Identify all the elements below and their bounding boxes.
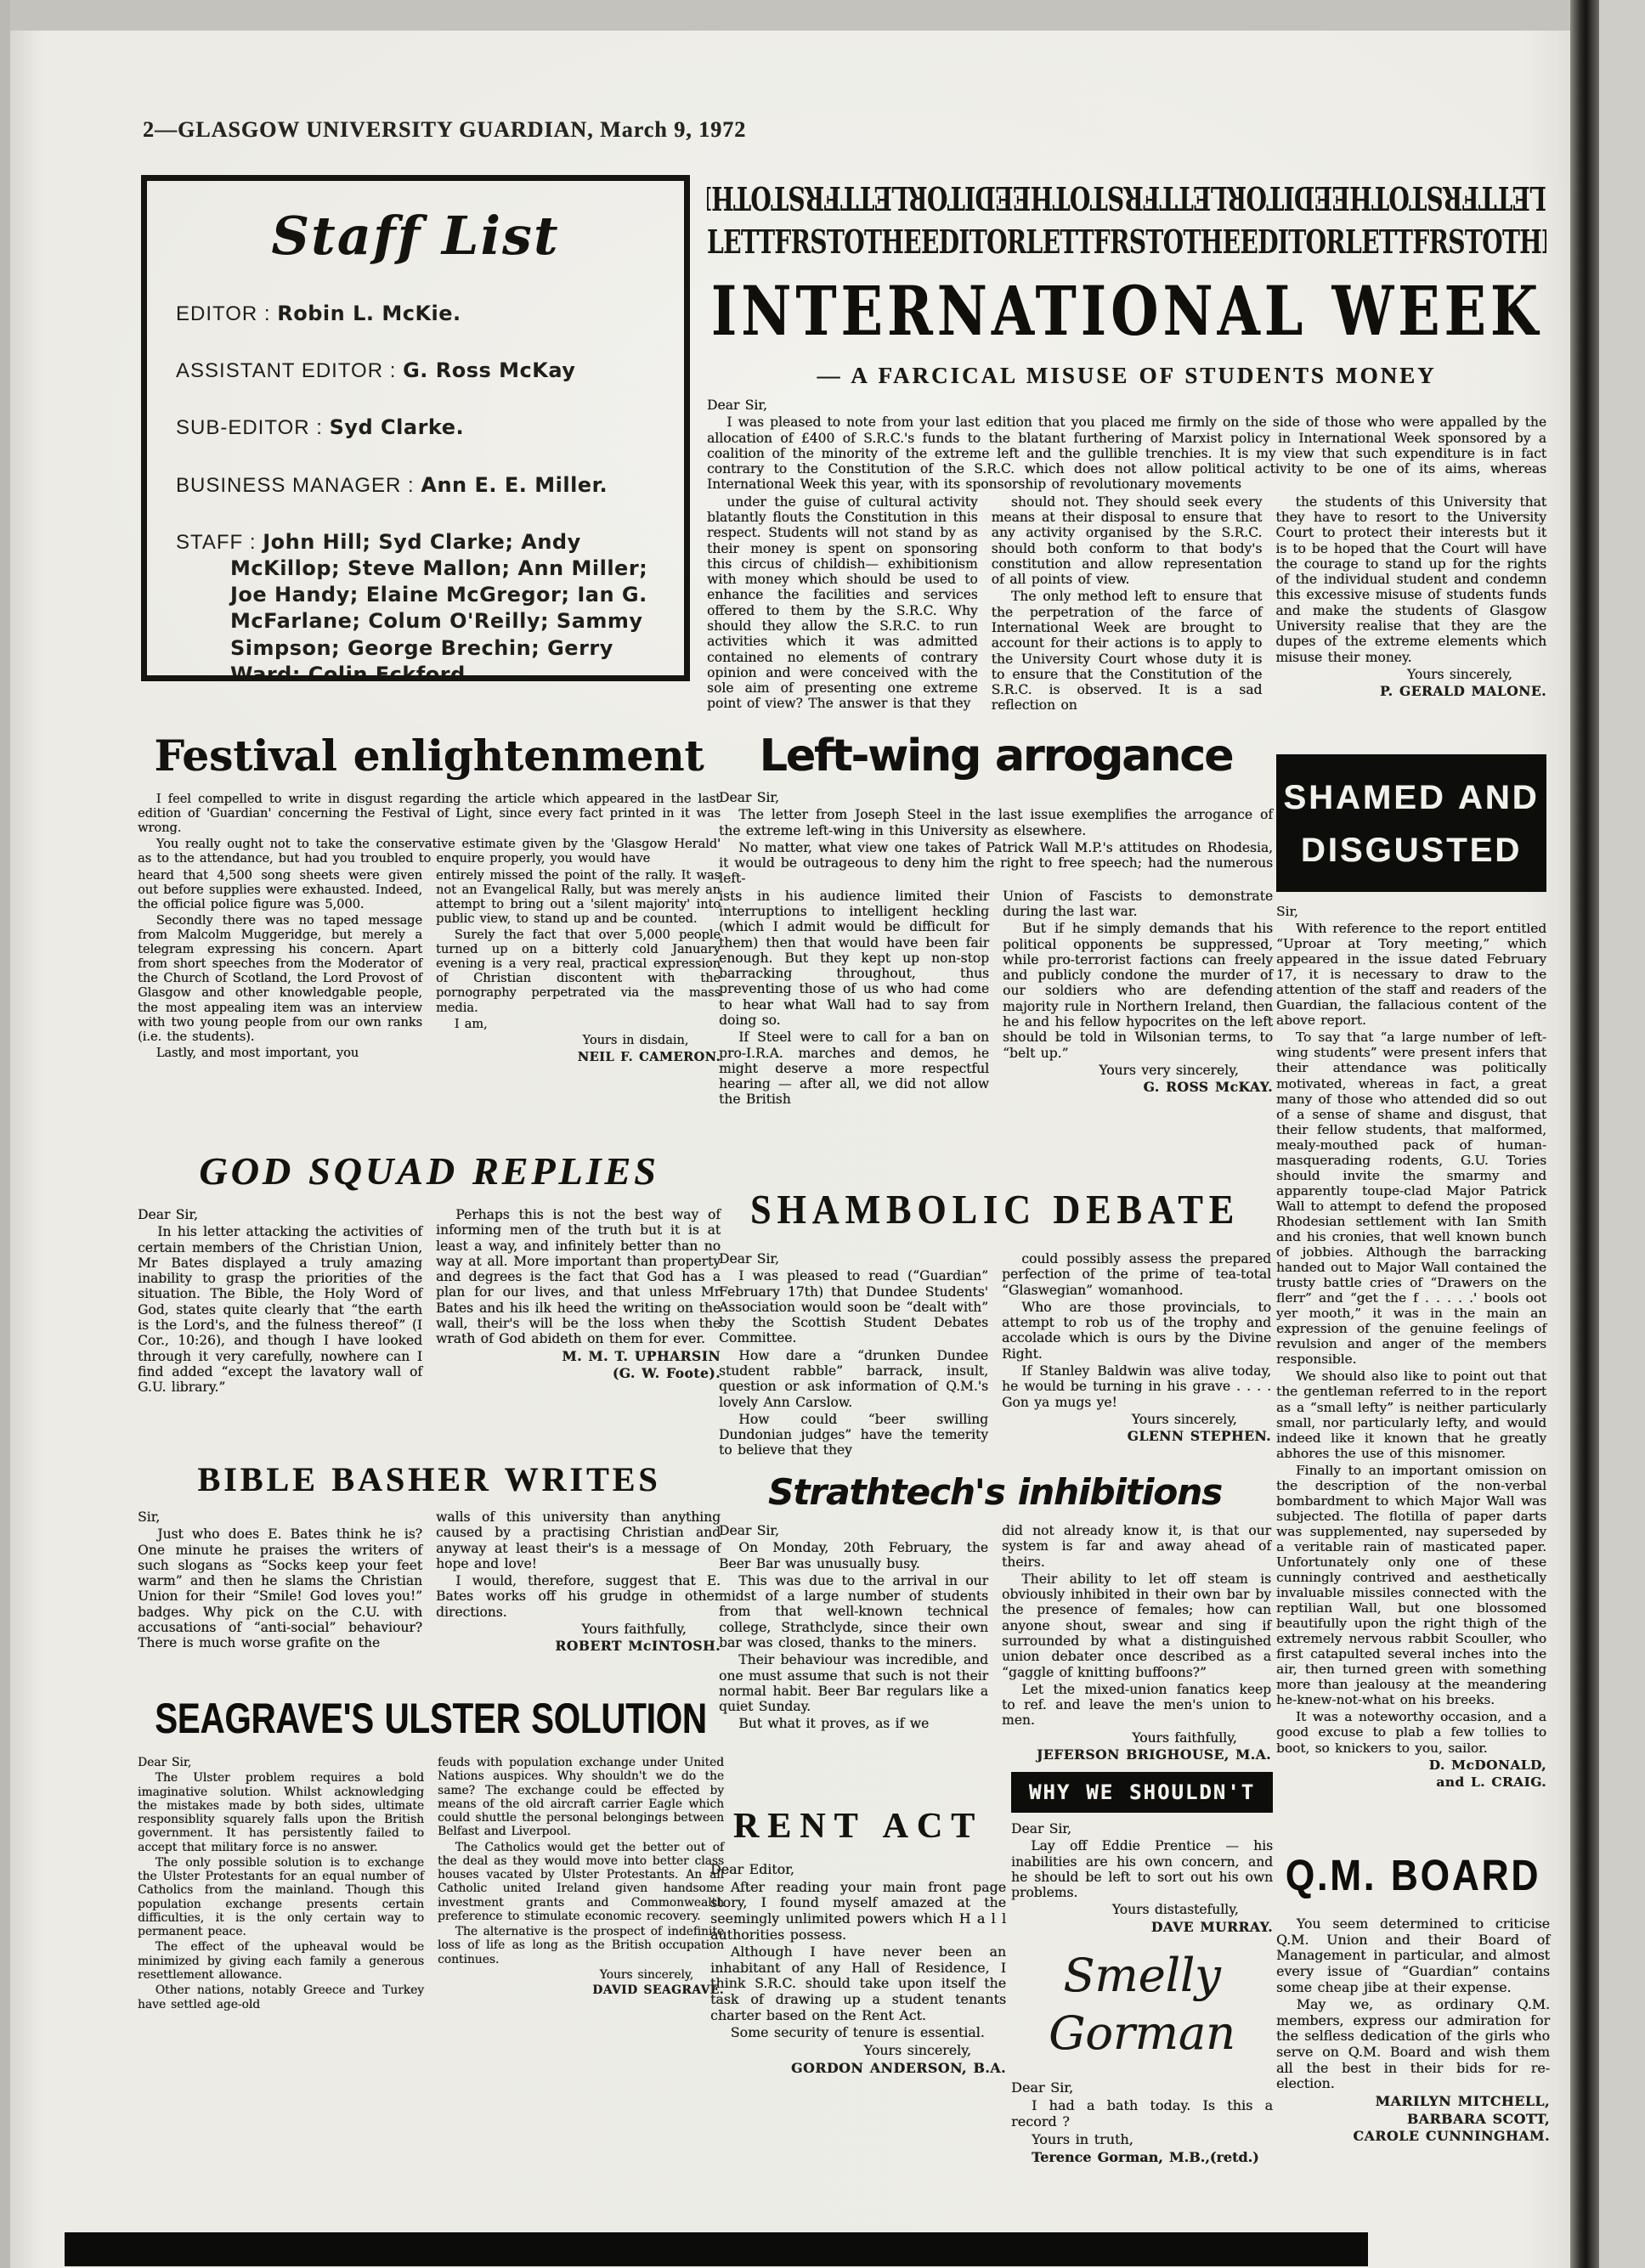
signature: DAVE MURRAY. bbox=[1011, 1920, 1273, 1935]
headline-line: SHAMED AND bbox=[1281, 771, 1541, 824]
letter-paragraph: After reading your main front page story… bbox=[710, 1880, 1006, 1944]
letter-paragraph: Who are those provincials, to attempt to… bbox=[1002, 1300, 1271, 1362]
staff-list-box: Staff List EDITOR : Robin L. McKie. ASSI… bbox=[141, 175, 690, 681]
valediction: Yours faithfully, bbox=[436, 1622, 721, 1637]
signature: GORDON ANDERSON, B.A. bbox=[710, 2061, 1006, 2077]
valediction: Yours sincerely, bbox=[438, 1968, 724, 1982]
letter-paragraph: We should also like to point out that th… bbox=[1276, 1368, 1546, 1460]
staff-list-title: Staff List bbox=[176, 205, 655, 267]
letter-column: under the guise of cultural activity bla… bbox=[707, 494, 978, 715]
letter-paragraph: To say that “a large number of left-wing… bbox=[1276, 1030, 1546, 1367]
staff-role: BUSINESS MANAGER : bbox=[176, 474, 421, 497]
headline-line: Gorman bbox=[1011, 2005, 1273, 2062]
staff-names: Robin L. McKie. bbox=[277, 302, 461, 325]
letter-paragraph: With reference to the report entitled “U… bbox=[1276, 921, 1546, 1028]
letter-paragraph: On Monday, 20th February, the Beer Bar w… bbox=[719, 1540, 988, 1571]
letter-bible-basher-writes: BIBLE BASHER WRITES Sir, Just who does E… bbox=[138, 1459, 721, 1656]
shambolic-debate-headline: SHAMBOLIC DEBATE bbox=[719, 1186, 1271, 1233]
letter-paragraph: Although I have never been an inhabitant… bbox=[710, 1944, 1006, 2023]
letter-paragraph: under the guise of cultural activity bla… bbox=[707, 494, 978, 712]
letter-paragraph: This was due to the arrival in our midst… bbox=[719, 1573, 988, 1650]
salutation: Dear Editor, bbox=[710, 1862, 1006, 1878]
signature: CAROLE CUNNINGHAM. bbox=[1276, 2129, 1550, 2145]
letter-column: Dear Sir, On Monday, 20th February, the … bbox=[719, 1523, 988, 1764]
smelly-gorman-headline: Smelly Gorman bbox=[1011, 1947, 1273, 2062]
letters-banner-text: LETTFRSTOTHEEDITORLETTFRSTOTHEEDITORLETT… bbox=[707, 221, 1546, 263]
signature: BARBARA SCOTT, bbox=[1276, 2112, 1550, 2128]
bible-basher-writes-headline: BIBLE BASHER WRITES bbox=[138, 1459, 721, 1499]
letter-column: Perhaps this is not the best way of info… bbox=[436, 1207, 721, 1396]
letter-paragraph: entirely missed the point of the rally. … bbox=[436, 869, 721, 927]
letter-paragraph: But what it proves, as if we bbox=[719, 1716, 988, 1731]
scan-edge-top bbox=[0, 0, 1645, 31]
letter-paragraph: Lay off Eddie Prentice — his inabilities… bbox=[1011, 1838, 1273, 1900]
god-squad-replies-headline: GOD SQUAD REPLIES bbox=[138, 1148, 721, 1193]
letter-column: ists in his audience limited their inter… bbox=[719, 889, 989, 1109]
letter-paragraph: How could “beer swilling Dundonian judge… bbox=[719, 1412, 988, 1458]
signature: ROBERT McINTOSH. bbox=[436, 1639, 721, 1654]
letter-paragraph: The letter from Joseph Steel in the last… bbox=[719, 807, 1273, 838]
letter-paragraph: The effect of the upheaval would be mini… bbox=[138, 1940, 424, 1982]
newspaper-page-scan: { "colors": {"paper":"#ecebe5","ink":"#2… bbox=[0, 0, 1645, 2268]
signature: G. ROSS McKAY. bbox=[1003, 1080, 1273, 1095]
valediction: Yours sincerely, bbox=[1002, 1412, 1271, 1427]
strathtechs-inhibitions-headline: Strathtech's inhibitions bbox=[719, 1471, 1271, 1513]
letter-paragraph: Some security of tenure is essential. bbox=[710, 2025, 1006, 2041]
letter-festival-enlightenment: Festival enlightenment I feel compelled … bbox=[138, 731, 721, 1066]
letter-paragraph: You seem determined to criticise Q.M. Un… bbox=[1276, 1916, 1550, 1995]
letter-column: should not. They should seek every means… bbox=[992, 494, 1263, 715]
letter-paragraph: Lastly, and most important, you bbox=[138, 1047, 422, 1061]
letter-paragraph: should not. They should seek every means… bbox=[992, 494, 1263, 588]
valediction: Yours in disdain, bbox=[436, 1034, 721, 1048]
letter-paragraph: ists in his audience limited their inter… bbox=[719, 889, 989, 1029]
letter-shambolic-debate: SHAMBOLIC DEBATE Dear Sir, I was pleased… bbox=[719, 1186, 1271, 1460]
salutation: Dear Sir, bbox=[1011, 2080, 1273, 2096]
letter-paragraph: But if he simply demands that his politi… bbox=[1003, 921, 1273, 1061]
letter-paragraph: Let the mixed-union fanatics keep to ref… bbox=[1002, 1682, 1271, 1729]
salutation: Dear Sir, bbox=[719, 1523, 988, 1538]
signature: Terence Gorman, M.B.,(retd.) bbox=[1011, 2150, 1273, 2166]
letter-column: Sir, Just who does E. Bates think he is?… bbox=[138, 1509, 422, 1656]
letter-column: heard that 4,500 song sheets were given … bbox=[138, 869, 422, 1066]
staff-row-editor: EDITOR : Robin L. McKie. bbox=[176, 301, 655, 327]
salutation: Dear Sir, bbox=[138, 1207, 422, 1222]
letter-paragraph: It was a noteworthy occasion, and a good… bbox=[1276, 1709, 1546, 1755]
letter-paragraph: the students of this University that the… bbox=[1275, 494, 1546, 665]
letter-column: Dear Sir, I was pleased to read (“Guardi… bbox=[719, 1251, 988, 1460]
staff-row-business-manager: BUSINESS MANAGER : Ann E. E. Miller. bbox=[176, 472, 655, 499]
letter-paragraph: I would, therefore, suggest that E. Bate… bbox=[436, 1573, 721, 1620]
qm-board-headline: Q.M. BOARD bbox=[1276, 1852, 1550, 1901]
letter-paragraph: You really ought not to take the conserv… bbox=[138, 838, 721, 866]
letter-paragraph: could possibly assess the prepared perfe… bbox=[1002, 1251, 1271, 1298]
letter-seagraves-ulster-solution: SEAGRAVE'S ULSTER SOLUTION Dear Sir, The… bbox=[138, 1695, 724, 2013]
letter-paragraph: I had a bath today. Is this a record ? bbox=[1011, 2098, 1273, 2130]
signature: MARILYN MITCHELL, bbox=[1276, 2094, 1550, 2110]
festival-enlightenment-headline: Festival enlightenment bbox=[138, 731, 721, 781]
scan-fold-shadow bbox=[1570, 0, 1599, 2268]
staff-role: STAFF : bbox=[176, 531, 263, 554]
letter-column: the students of this University that the… bbox=[1275, 494, 1546, 715]
headline-line: Smelly bbox=[1011, 1947, 1273, 2005]
signature: M. M. T. UPHARSIN bbox=[436, 1349, 721, 1364]
valediction: Yours very sincerely, bbox=[1003, 1063, 1273, 1078]
staff-names: Syd Clarke. bbox=[330, 415, 465, 439]
staff-names: John Hill; Syd Clarke; Andy McKillop; St… bbox=[230, 530, 647, 681]
valediction: Yours sincerely, bbox=[1275, 667, 1546, 682]
valediction: Yours faithfully, bbox=[1002, 1730, 1271, 1746]
letters-banner: LETTFRSTOTHEEDITORLETTFRSTOTHEEDITORLETT… bbox=[707, 175, 1546, 270]
salutation: Dear Sir, bbox=[138, 1756, 424, 1769]
rent-act-headline: RENT ACT bbox=[710, 1806, 1006, 1847]
letter-left-wing-arrogance: Left-wing arrogance Dear Sir, The letter… bbox=[719, 731, 1273, 1109]
letter-paragraph: The alternative is the prospect of indef… bbox=[438, 1925, 724, 1966]
salutation: Dear Sir, bbox=[719, 790, 1273, 805]
signature: NEIL F. CAMERON. bbox=[436, 1050, 721, 1064]
page-header: 2—GLASGOW UNIVERSITY GUARDIAN, March 9, … bbox=[143, 117, 907, 143]
signature: (G. W. Foote). bbox=[436, 1366, 721, 1381]
letter-paragraph: feuds with population exchange under Uni… bbox=[438, 1756, 724, 1839]
salutation: Dear Sir, bbox=[719, 1251, 988, 1267]
letter-paragraph: Secondly there was no taped message from… bbox=[138, 914, 422, 1045]
letter-column: Dear Sir, The Ulster problem requires a … bbox=[138, 1756, 424, 2013]
letter-qm-board: Q.M. BOARD You seem determined to critic… bbox=[1276, 1852, 1550, 2147]
signature: DAVID SEAGRAVE. bbox=[438, 1983, 724, 1997]
salutation: Sir, bbox=[1276, 904, 1546, 919]
valediction: Yours in truth, bbox=[1011, 2132, 1273, 2148]
letter-column: could possibly assess the prepared perfe… bbox=[1002, 1251, 1271, 1460]
salutation: Dear Sir, bbox=[1011, 1821, 1273, 1836]
letter-paragraph: The only possible solution is to exchang… bbox=[138, 1856, 424, 1939]
salutation: Sir, bbox=[138, 1509, 422, 1525]
letter-paragraph: The Ulster problem requires a bold imagi… bbox=[138, 1771, 424, 1854]
letter-column: Dear Sir, In his letter attacking the ac… bbox=[138, 1207, 422, 1396]
letter-column: feuds with population exchange under Uni… bbox=[438, 1756, 724, 2013]
letter-paragraph: I am, bbox=[436, 1018, 721, 1032]
staff-row-sub-editor: SUB-EDITOR : Syd Clarke. bbox=[176, 415, 655, 441]
letter-why-we-shouldnt: WHY WE SHOULDN'T Dear Sir, Lay off Eddie… bbox=[1011, 1772, 1273, 1937]
letter-paragraph: I was pleased to read (“Guardian” Februa… bbox=[719, 1268, 988, 1346]
letter-paragraph: How dare a “drunken Dundee student rabbl… bbox=[719, 1348, 988, 1410]
signature: GLENN STEPHEN. bbox=[1002, 1429, 1271, 1444]
letter-paragraph: In his letter attacking the activities o… bbox=[138, 1224, 422, 1395]
letter-column: entirely missed the point of the rally. … bbox=[436, 869, 721, 1066]
letter-paragraph: Finally to an important omission on the … bbox=[1276, 1463, 1546, 1708]
letter-smelly-gorman: Smelly Gorman Dear Sir, I had a bath tod… bbox=[1011, 1947, 1273, 2167]
letter-paragraph: Their ability to let off steam is obviou… bbox=[1002, 1571, 1271, 1680]
letters-banner-text-flipped: LETTFRSTOTHEEDITORLETTFRSTOTHEEDITORLETT… bbox=[708, 177, 1546, 219]
letter-column: walls of this university than anything c… bbox=[436, 1509, 721, 1656]
signature: D. McDONALD, bbox=[1276, 1757, 1546, 1773]
staff-names: G. Ross McKay bbox=[403, 358, 575, 382]
letter-paragraph: did not already know it, is that our sys… bbox=[1002, 1523, 1271, 1570]
letter-paragraph: Their behaviour was incredible, and one … bbox=[719, 1652, 988, 1714]
why-we-shouldnt-headline: WHY WE SHOULDN'T bbox=[1011, 1772, 1273, 1813]
letter-column: did not already know it, is that our sys… bbox=[1002, 1523, 1271, 1764]
letter-paragraph: walls of this university than anything c… bbox=[436, 1509, 721, 1571]
scan-edge-left bbox=[0, 0, 10, 2268]
shamed-and-disgusted-headline: SHAMED AND DISGUSTED bbox=[1276, 754, 1546, 892]
letter-international-week: INTERNATIONAL WEEK — A FARCICAL MISUSE O… bbox=[707, 272, 1546, 715]
staff-row-assistant-editor: ASSISTANT EDITOR : G. Ross McKay bbox=[176, 358, 655, 384]
staff-row-staff: STAFF : John Hill; Syd Clarke; Andy McKi… bbox=[176, 529, 655, 681]
staff-role: EDITOR : bbox=[176, 302, 277, 325]
letter-strathtechs-inhibitions: Strathtech's inhibitions Dear Sir, On Mo… bbox=[719, 1471, 1271, 1764]
letter-column: Union of Fascists to demonstrate during … bbox=[1003, 889, 1273, 1109]
salutation: Dear Sir, bbox=[707, 398, 1546, 413]
letter-paragraph: heard that 4,500 song sheets were given … bbox=[138, 869, 422, 912]
letter-paragraph: If Steel were to call for a ban on pro-I… bbox=[719, 1030, 989, 1107]
letters-banner-flipped-row: LETTFRSTOTHEEDITORLETTFRSTOTHEEDITORLETT… bbox=[707, 175, 1546, 221]
letter-shamed-and-disgusted: SHAMED AND DISGUSTED Sir, With reference… bbox=[1276, 754, 1546, 1791]
letter-paragraph: I was pleased to note from your last edi… bbox=[707, 415, 1546, 492]
international-week-subtitle: — A FARCICAL MISUSE OF STUDENTS MONEY bbox=[707, 363, 1546, 389]
headline-line: DISGUSTED bbox=[1281, 824, 1541, 877]
left-wing-arrogance-headline: Left-wing arrogance bbox=[719, 731, 1273, 781]
letters-banner-row: LETTFRSTOTHEEDITORLETTFRSTOTHEEDITORLETT… bbox=[707, 221, 1546, 267]
signature: and L. CRAIG. bbox=[1276, 1774, 1546, 1790]
letter-paragraph: If Stanley Baldwin was alive today, he w… bbox=[1002, 1363, 1271, 1410]
signature: JEFERSON BRIGHOUSE, M.A. bbox=[1002, 1747, 1271, 1763]
scan-bottom-black-bar bbox=[65, 2232, 1368, 2266]
letter-paragraph: No matter, what view one takes of Patric… bbox=[719, 840, 1273, 887]
letter-paragraph: Surely the fact that over 5,000 people t… bbox=[436, 928, 721, 1016]
scan-edge-right bbox=[1599, 0, 1645, 2268]
letter-paragraph: The Catholics would get the better out o… bbox=[438, 1841, 724, 1924]
valediction: Yours sincerely, bbox=[710, 2043, 1006, 2059]
valediction: Yours distastefully, bbox=[1011, 1902, 1273, 1917]
international-week-headline: INTERNATIONAL WEEK bbox=[690, 272, 1563, 351]
seagraves-ulster-solution-headline: SEAGRAVE'S ULSTER SOLUTION bbox=[138, 1695, 724, 1743]
signature: P. GERALD MALONE. bbox=[1275, 684, 1546, 699]
letter-paragraph: The only method left to ensure that the … bbox=[992, 589, 1263, 713]
letter-paragraph: Union of Fascists to demonstrate during … bbox=[1003, 889, 1273, 920]
letter-paragraph: Just who does E. Bates think he is? One … bbox=[138, 1526, 422, 1650]
staff-role: ASSISTANT EDITOR : bbox=[176, 359, 403, 382]
letter-god-squad-replies: GOD SQUAD REPLIES Dear Sir, In his lette… bbox=[138, 1148, 721, 1396]
staff-names: Ann E. E. Miller. bbox=[421, 473, 608, 497]
staff-role: SUB-EDITOR : bbox=[176, 416, 330, 439]
letter-rent-act: RENT ACT Dear Editor, After reading your… bbox=[710, 1806, 1006, 2078]
letter-paragraph: May we, as ordinary Q.M. members, expres… bbox=[1276, 1997, 1550, 2092]
letter-paragraph: Other nations, notably Greece and Turkey… bbox=[138, 1983, 424, 2011]
letter-paragraph: I feel compelled to write in disgust reg… bbox=[138, 793, 721, 836]
letter-paragraph: Perhaps this is not the best way of info… bbox=[436, 1207, 721, 1347]
